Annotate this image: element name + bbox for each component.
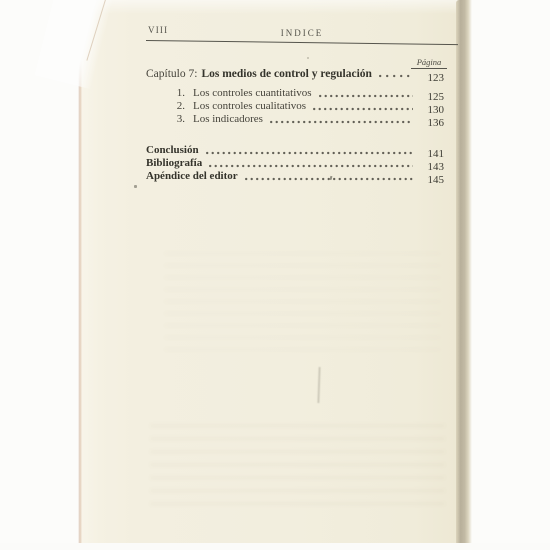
item-number: 3. [168,113,185,125]
item-label: Los controles cualitativos [193,100,306,112]
toc-item-row: 1. Los controles cuantitativos 125 [146,87,444,99]
section-label: Conclusión [146,144,199,156]
section-page-number: 145 [418,174,444,186]
toc-item-row: 2. Los controles cualitativos 130 [146,100,444,112]
ink-speck [134,185,137,188]
toc-chapter-row: Capítulo 7: Los medios de control y regu… [146,68,444,80]
toc-section-row: Apéndice del editor 145 [146,170,444,182]
item-number: 2. [168,100,185,112]
dot-leader [313,107,413,111]
dot-leader [270,120,413,124]
dot-leader [319,94,413,98]
item-label: Los indicadores [193,113,263,125]
chapter-title: Los medios de control y regulación [201,68,371,80]
section-label: Bibliografía [146,157,202,169]
chapter-prefix: Capítulo 7: [146,68,197,80]
dot-leader [209,164,413,168]
toc-section-row: Bibliografía 143 [146,157,444,169]
scanned-book-page: VIII INDICE Página Capítulo 7: Los medio… [0,0,550,550]
item-number: 1. [168,87,185,99]
toc-section-row: Conclusión 141 [146,144,444,156]
dot-leader [379,74,413,78]
running-title: INDICE [146,28,458,38]
ink-speck [307,57,309,59]
chapter-page-number: 123 [418,72,444,84]
book-fore-edge [456,0,472,546]
dot-leader [206,151,413,155]
toc-item-row: 3. Los indicadores 136 [146,113,444,125]
item-page-number: 136 [418,117,444,129]
scanner-background [0,543,550,550]
section-label: Apéndice del editor [146,170,238,182]
item-label: Los controles cuantitativos [193,87,312,99]
book-page [80,0,458,543]
